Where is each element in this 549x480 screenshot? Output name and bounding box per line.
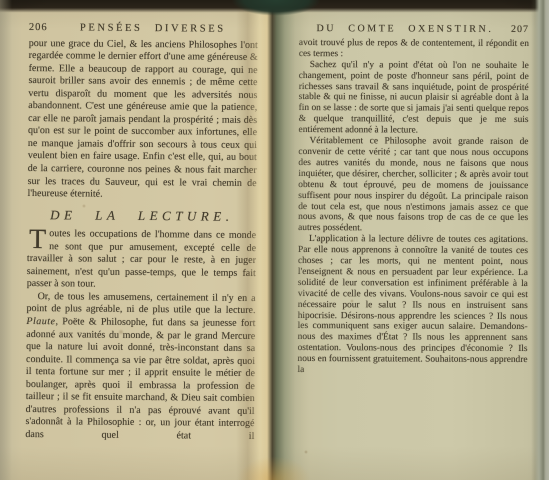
section-heading: DE LA LECTURE. [27, 209, 256, 224]
left-paragraph-2-text-after: , Poëte & Philosophe, fut dans sa jeunes… [25, 316, 255, 442]
right-paragraph-3: Véritablement ce Philosophe avoit grande… [298, 136, 528, 235]
left-paragraph-2: Or, de tous les amusemens, certainement … [25, 291, 255, 444]
right-page-header: DU COMTE OXENSTIRN. 207 [299, 24, 529, 36]
right-paragraph-4: L'application à la lecture délivre de to… [297, 234, 528, 377]
left-page-edge-shade [0, 0, 12, 480]
plaute-italic-name: Plaute [26, 316, 55, 327]
right-page: DU COMTE OXENSTIRN. 207 avoit trouvé plu… [297, 24, 529, 377]
left-paragraph-2-text-before: Or, de tous les amusemens, certainement … [26, 291, 255, 316]
right-folio: 207 [511, 25, 529, 36]
right-fore-edge [531, 0, 549, 480]
left-folio: 206 [29, 22, 48, 35]
right-paragraph-2: Sachez qu'il n'y a point d'état où l'on … [299, 60, 529, 137]
drop-cap-initial: T [29, 229, 46, 251]
left-paragraph-1: Toutes les occupations de l'homme dans c… [27, 228, 257, 293]
left-continuation-paragraph: pour une grace du Ciel, & les anciens Ph… [27, 38, 257, 203]
left-running-title: PENSÉES DIVERSES [48, 22, 258, 36]
left-paragraph-1-text: outes les occupations de l'homme dans ce… [27, 228, 257, 290]
left-page: 206 PENSÉES DIVERSES pour une grace du C… [25, 22, 258, 443]
right-running-title: DU COMTE OXENSTIRN. [299, 24, 511, 36]
left-page-header: 206 PENSÉES DIVERSES [29, 22, 258, 37]
book-scan: 206 PENSÉES DIVERSES pour une grace du C… [0, 0, 549, 480]
right-paragraph-1: avoit trouvé plus de repos & de contente… [299, 38, 529, 61]
